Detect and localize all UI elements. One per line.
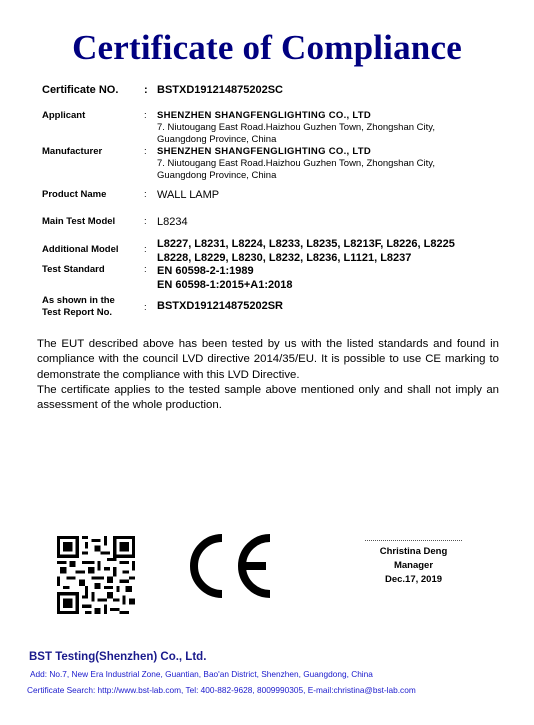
footer-address: Add: No.7, New Era Industrial Zone, Guan… xyxy=(30,669,373,679)
main-test-model-value: L8234 xyxy=(157,216,188,228)
additional-model-line1: L8227, L8231, L8224, L8233, L8235, L8213… xyxy=(157,237,455,251)
signature-date: Dec.17, 2019 xyxy=(365,573,462,587)
additional-model-label: Additional Model xyxy=(42,244,119,255)
footer-certificate-search[interactable]: Certificate Search: http://www.bst-lab.c… xyxy=(27,685,416,695)
colon: : xyxy=(144,110,147,121)
test-report-label-line2: Test Report No. xyxy=(42,307,115,319)
footer-company: BST Testing(Shenzhen) Co., Ltd. xyxy=(29,651,206,663)
colon: : xyxy=(144,216,147,227)
statement-paragraph-1: The EUT described above has been tested … xyxy=(37,337,499,383)
test-report-value: BSTXD191214875202SR xyxy=(157,300,283,312)
statement-paragraph-2: The certificate applies to the tested sa… xyxy=(37,383,499,414)
product-name-value: WALL LAMP xyxy=(157,189,219,201)
product-name-label: Product Name xyxy=(42,189,106,200)
signatory-role: Manager xyxy=(365,559,462,573)
applicant-name: SHENZHEN SHANGFENGLIGHTING CO., LTD xyxy=(157,110,435,122)
ce-mark-icon xyxy=(182,533,277,599)
manufacturer-address-line1: 7. Niutougang East Road.Haizhou Guzhen T… xyxy=(157,158,435,170)
test-standard-line2: EN 60598-1:2015+A1:2018 xyxy=(157,278,292,292)
colon: : xyxy=(144,84,148,96)
signature-line xyxy=(365,540,462,541)
manufacturer-label: Manufacturer xyxy=(42,146,102,157)
colon: : xyxy=(144,146,147,157)
applicant-address-line1: 7. Niutougang East Road.Haizhou Guzhen T… xyxy=(157,122,435,134)
qr-code-icon xyxy=(57,536,135,614)
colon: : xyxy=(144,302,147,313)
signatory-name: Christina Deng xyxy=(365,545,462,559)
certificate-title: Certificate of Compliance xyxy=(0,28,534,68)
manufacturer-name: SHENZHEN SHANGFENGLIGHTING CO., LTD xyxy=(157,146,435,158)
colon: : xyxy=(144,189,147,200)
test-standard-label: Test Standard xyxy=(42,264,105,275)
colon: : xyxy=(144,244,147,255)
certificate-number-label: Certificate NO. xyxy=(42,84,118,96)
test-standard-line1: EN 60598-2-1:1989 xyxy=(157,264,292,278)
additional-model-line2: L8228, L8229, L8230, L8232, L8236, L1121… xyxy=(157,251,455,265)
applicant-address-line2: Guangdong Province, China xyxy=(157,134,435,146)
certificate-number-value: BSTXD191214875202SC xyxy=(157,84,283,96)
manufacturer-address-line2: Guangdong Province, China xyxy=(157,170,435,182)
signature-block: Christina Deng Manager Dec.17, 2019 xyxy=(365,540,462,587)
main-test-model-label: Main Test Model xyxy=(42,216,115,227)
compliance-statement: The EUT described above has been tested … xyxy=(37,337,499,413)
colon: : xyxy=(144,264,147,275)
test-report-label-line1: As shown in the xyxy=(42,295,115,307)
applicant-label: Applicant xyxy=(42,110,85,121)
